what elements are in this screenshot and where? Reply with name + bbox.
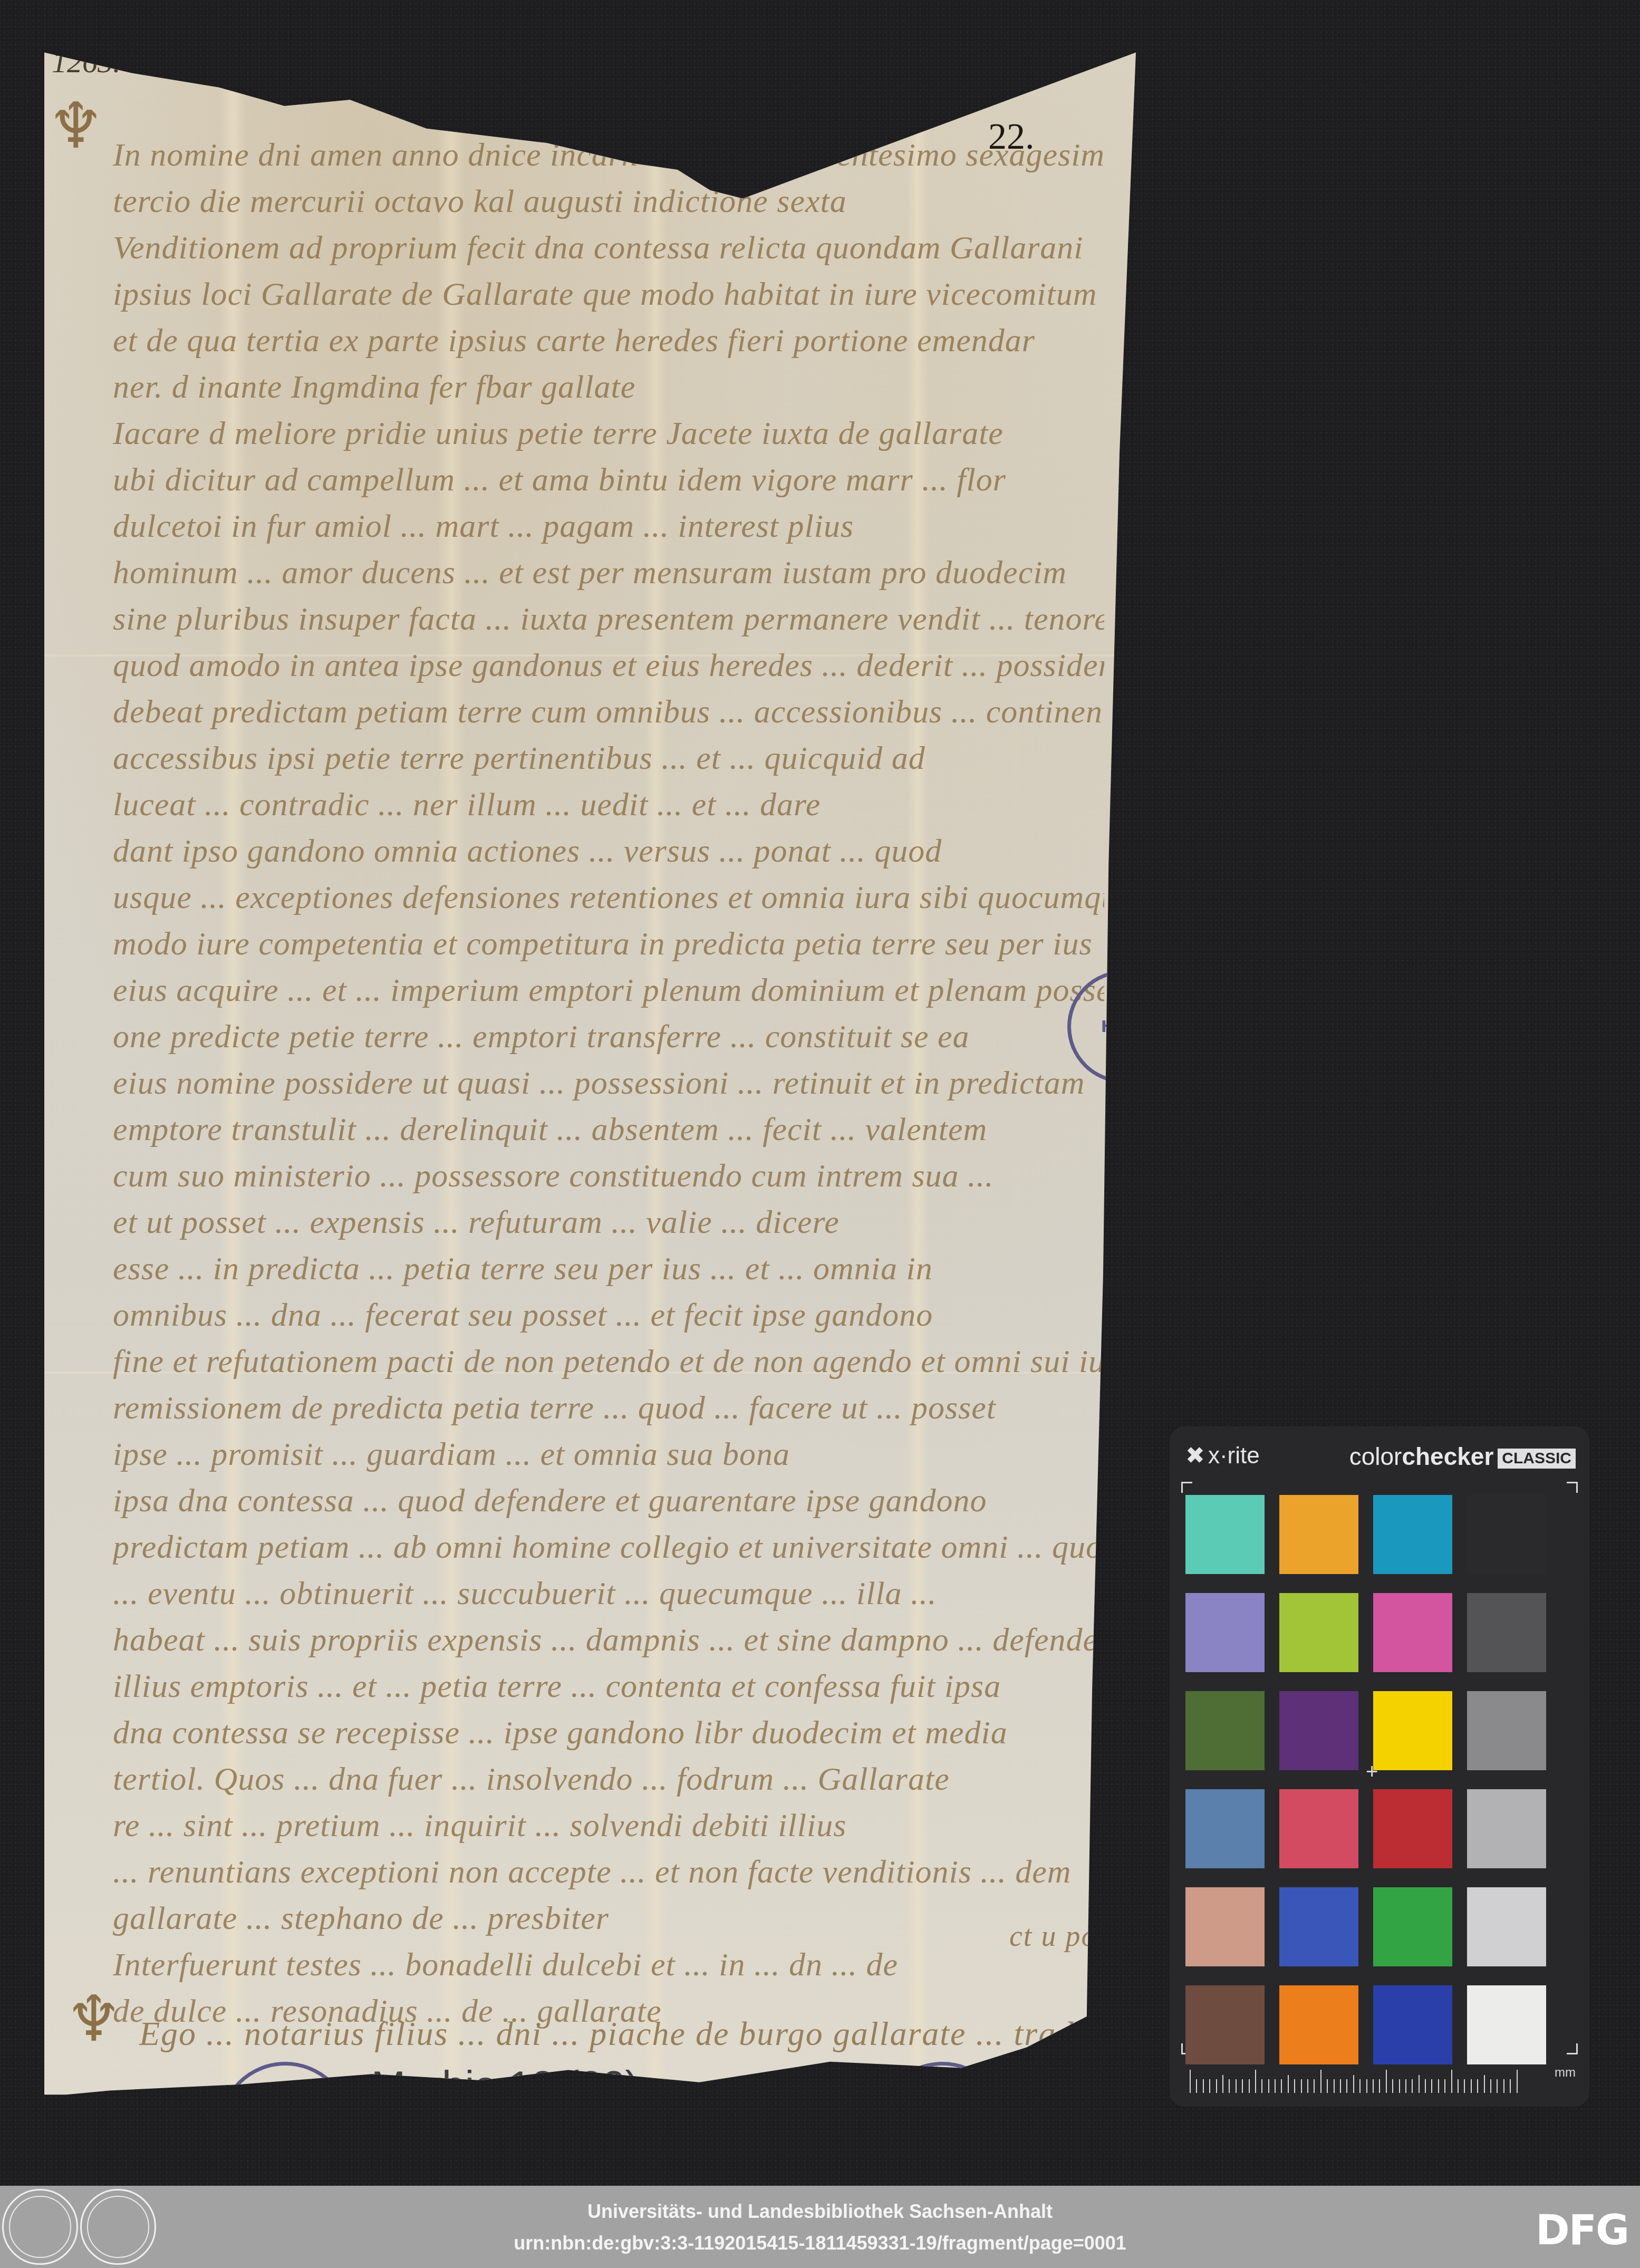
ruler-tick: [1490, 2079, 1491, 2093]
ruler-tick: [1438, 2079, 1439, 2093]
ruler-tick: [1497, 2079, 1498, 2093]
ruler-tick: [1503, 2079, 1504, 2093]
ruler-tick: [1346, 2079, 1347, 2093]
color-patch-neutral-6.5: [1467, 1789, 1546, 1868]
text-line: ipsius loci Gallarate de Gallarate que m…: [113, 271, 1104, 317]
color-patch-moderate-red: [1279, 1789, 1358, 1868]
color-patch-blue-sky: [1185, 1789, 1265, 1868]
text-line: eius acquire ... et ... imperium emptori…: [113, 967, 1104, 1014]
xrite-logo: ✖x·rite: [1185, 1442, 1260, 1469]
text-line: one predicte petie terre ... emptori tra…: [113, 1014, 1104, 1060]
parchment-charter: 1263. 8. Cal. Augusti Gallavate. 22. ♆ I…: [44, 42, 1136, 2099]
ruler-tick: [1320, 2070, 1321, 2093]
color-patch-red: [1373, 1789, 1452, 1868]
ruler-tick: [1458, 2079, 1459, 2093]
text-line: tercio die mercurii octavo kal augusti i…: [113, 178, 1104, 225]
ruler-tick: [1314, 2079, 1315, 2093]
colorchecker-title: colorcheckerCLASSIC: [1349, 1442, 1576, 1471]
ruler-tick: [1307, 2079, 1308, 2093]
text-line: Venditionem ad proprium fecit dna contes…: [113, 225, 1104, 271]
ruler-tick: [1340, 2079, 1341, 2093]
ruler-tick: [1451, 2070, 1452, 2093]
color-patch-blue-flower: [1185, 1593, 1265, 1672]
notary-signum-icon: ♆: [47, 90, 104, 163]
ruler-tick: [1203, 2079, 1204, 2093]
ruler-tick: [1431, 2079, 1432, 2093]
color-patch-dark-skin: [1185, 1985, 1265, 2064]
ruler-tick: [1196, 2079, 1197, 2093]
text-line: ... renuntians exceptioni non accepte ..…: [113, 1849, 1104, 1895]
ruler-tick: [1209, 2079, 1210, 2093]
color-patch-yellow-green: [1279, 1593, 1358, 1672]
text-line: hominum ... amor ducens ... et est per m…: [113, 549, 1104, 596]
color-patch-purple: [1279, 1691, 1358, 1770]
text-line: et de qua tertia ex parte ipsius carte h…: [113, 317, 1104, 364]
color-patch-orange-yellow: [1279, 1495, 1358, 1574]
ruler-tick: [1334, 2079, 1335, 2093]
corner-mark-icon: [1567, 1482, 1578, 1493]
text-line: illius emptoris ... et ... petia terre .…: [113, 1663, 1104, 1710]
text-line: et ut posset ... expensis ... refuturam …: [113, 1199, 1104, 1246]
text-line: gallarate ... stephano de ... presbiter: [113, 1895, 1104, 1942]
ruler-tick: [1261, 2079, 1262, 2093]
color-patch-magenta: [1373, 1593, 1452, 1672]
text-line: dulcetoi in fur amiol ... mart ... pagam…: [113, 503, 1104, 549]
text-line: cum suo ministerio ... possessore consti…: [113, 1153, 1104, 1199]
text-line: modo iure competentia et competitura in …: [113, 921, 1104, 967]
color-patch-green: [1373, 1887, 1452, 1966]
color-patch-yellow: [1373, 1691, 1452, 1770]
text-line: dant ipso gandono omnia actiones ... ver…: [113, 828, 1104, 874]
institution-name: Universitäts- und Landesbibliothek Sachs…: [0, 2201, 1640, 2223]
ruler-tick: [1464, 2079, 1465, 2093]
text-line: fine et refutationem pacti de non petend…: [113, 1338, 1104, 1385]
ruler-tick: [1517, 2070, 1518, 2093]
corner-mark-icon: [1181, 1482, 1192, 1493]
color-patch-light-skin: [1185, 1887, 1265, 1966]
ruler-tick: [1359, 2079, 1361, 2093]
ruler-tick: [1236, 2079, 1237, 2093]
dfg-logo: DFG: [1536, 2207, 1628, 2254]
text-line: habeat ... suis propriis expensis ... da…: [113, 1617, 1104, 1663]
text-line: remissionem de predicta petia terre ... …: [113, 1385, 1104, 1431]
text-line: ner. d inante Ingmdina fer fbar gallate: [113, 364, 1104, 410]
color-patch-blue-primary: [1373, 1985, 1452, 2064]
ruler-tick: [1412, 2079, 1413, 2093]
ruler-tick: [1366, 2079, 1367, 2093]
ruler-tick: [1242, 2079, 1243, 2093]
ruler-tick: [1477, 2079, 1478, 2093]
color-patch-orange: [1279, 1985, 1358, 2064]
color-patch-neutral-3.5: [1467, 1593, 1546, 1672]
ruler-tick: [1444, 2079, 1445, 2093]
text-line: sine pluribus insuper facta ... iuxta pr…: [113, 596, 1104, 642]
ruler-tick: [1255, 2070, 1256, 2093]
color-patch-cyan: [1373, 1495, 1452, 1574]
text-line: emptore transtulit ... derelinquit ... a…: [113, 1106, 1104, 1153]
ruler-tick: [1373, 2079, 1374, 2093]
color-patch-foliage: [1185, 1691, 1265, 1770]
corner-mark-icon: [1567, 2043, 1578, 2054]
urn-identifier: urn:nbn:de:gbv:3:3-1192015415-1811459331…: [0, 2232, 1640, 2254]
color-patch-black: [1467, 1495, 1546, 1574]
text-line: quod amodo in antea ipse gandonus et eiu…: [113, 642, 1104, 689]
text-line: Interfuerunt testes ... bonadelli dulceb…: [113, 1942, 1104, 1988]
ruler-tick: [1301, 2079, 1302, 2093]
text-line: tertiol. Quos ... dna fuer ... insolvend…: [113, 1756, 1104, 1802]
crosshair-icon: +: [1366, 1760, 1378, 1784]
text-line: omnibus ... dna ... fecerat seu posset .…: [113, 1292, 1104, 1338]
ruler-tick: [1268, 2079, 1269, 2093]
ruler-tick: [1399, 2079, 1400, 2093]
color-patch-neutral-8: [1467, 1887, 1546, 1966]
ruler-tick: [1222, 2075, 1223, 2093]
ruler-tick: [1386, 2070, 1387, 2093]
ruler-tick: [1294, 2079, 1295, 2093]
footer-bar: Universitäts- und Landesbibliothek Sachs…: [0, 2186, 1640, 2268]
closing-signum-icon: ♆: [65, 1983, 122, 2056]
ruler-tick: [1327, 2079, 1328, 2093]
ruler-tick: [1392, 2079, 1393, 2093]
ruler-tick: [1216, 2079, 1217, 2093]
ruler-tick: [1275, 2079, 1276, 2093]
ruler-tick: [1471, 2079, 1472, 2093]
classic-badge: CLASSIC: [1498, 1449, 1576, 1469]
color-patch-white: [1467, 1985, 1546, 2064]
ruler-tick: [1353, 2075, 1354, 2093]
ruler-tick: [1425, 2079, 1426, 2093]
ruler-tick: [1249, 2079, 1250, 2093]
colorchecker-card: ✖x·rite colorcheckerCLASSIC + mm: [1170, 1426, 1589, 2107]
text-line: ... eventu ... obtinuerit ... succubueri…: [113, 1570, 1104, 1617]
mm-ruler: [1190, 2069, 1548, 2093]
charter-text: In nomine dni amen anno dnice incarn mil…: [113, 132, 1104, 2034]
ruler-tick: [1419, 2075, 1420, 2093]
text-line: predictam petiam ... ab omni homine coll…: [113, 1524, 1104, 1570]
ruler-tick: [1379, 2079, 1380, 2093]
text-line: ubi dicitur ad campellum ... et ama bint…: [113, 457, 1104, 503]
ruler-tick: [1405, 2079, 1406, 2093]
text-line: ipsa dna contessa ... quod defendere et …: [113, 1478, 1104, 1524]
ruler-tick: [1229, 2079, 1230, 2093]
text-line: ipse ... promisit ... guardiam ... et om…: [113, 1431, 1104, 1478]
ruler-unit: mm: [1555, 2066, 1576, 2080]
text-line: accessibus ipsi petie terre pertinentibu…: [113, 735, 1104, 781]
text-line: dna contessa se recepisse ... ipse gando…: [113, 1710, 1104, 1756]
color-patch-bluish-green: [1185, 1495, 1265, 1574]
ruler-tick: [1281, 2079, 1282, 2093]
text-line: luceat ... contradic ... ner illum ... u…: [113, 781, 1104, 828]
text-line: Iacare d meliore pridie unius petie terr…: [113, 410, 1104, 457]
ruler-tick: [1288, 2075, 1289, 2093]
text-line: esse ... in predicta ... petia terre seu…: [113, 1246, 1104, 1292]
ruler-tick: [1484, 2075, 1485, 2093]
ruler-tick: [1190, 2070, 1191, 2093]
text-line: eius nomine possidere ut quasi ... posse…: [113, 1060, 1104, 1106]
color-patch-blue: [1279, 1887, 1358, 1966]
color-patch-neutral-5: [1467, 1691, 1546, 1770]
xrite-icon: ✖: [1185, 1442, 1205, 1469]
text-line: re ... sint ... pretium ... inquirit ...…: [113, 1802, 1104, 1849]
text-line: usque ... exceptiones defensiones retent…: [113, 874, 1104, 921]
ruler-tick: [1510, 2079, 1511, 2093]
text-line: debeat predictam petiam terre cum omnibu…: [113, 689, 1104, 735]
